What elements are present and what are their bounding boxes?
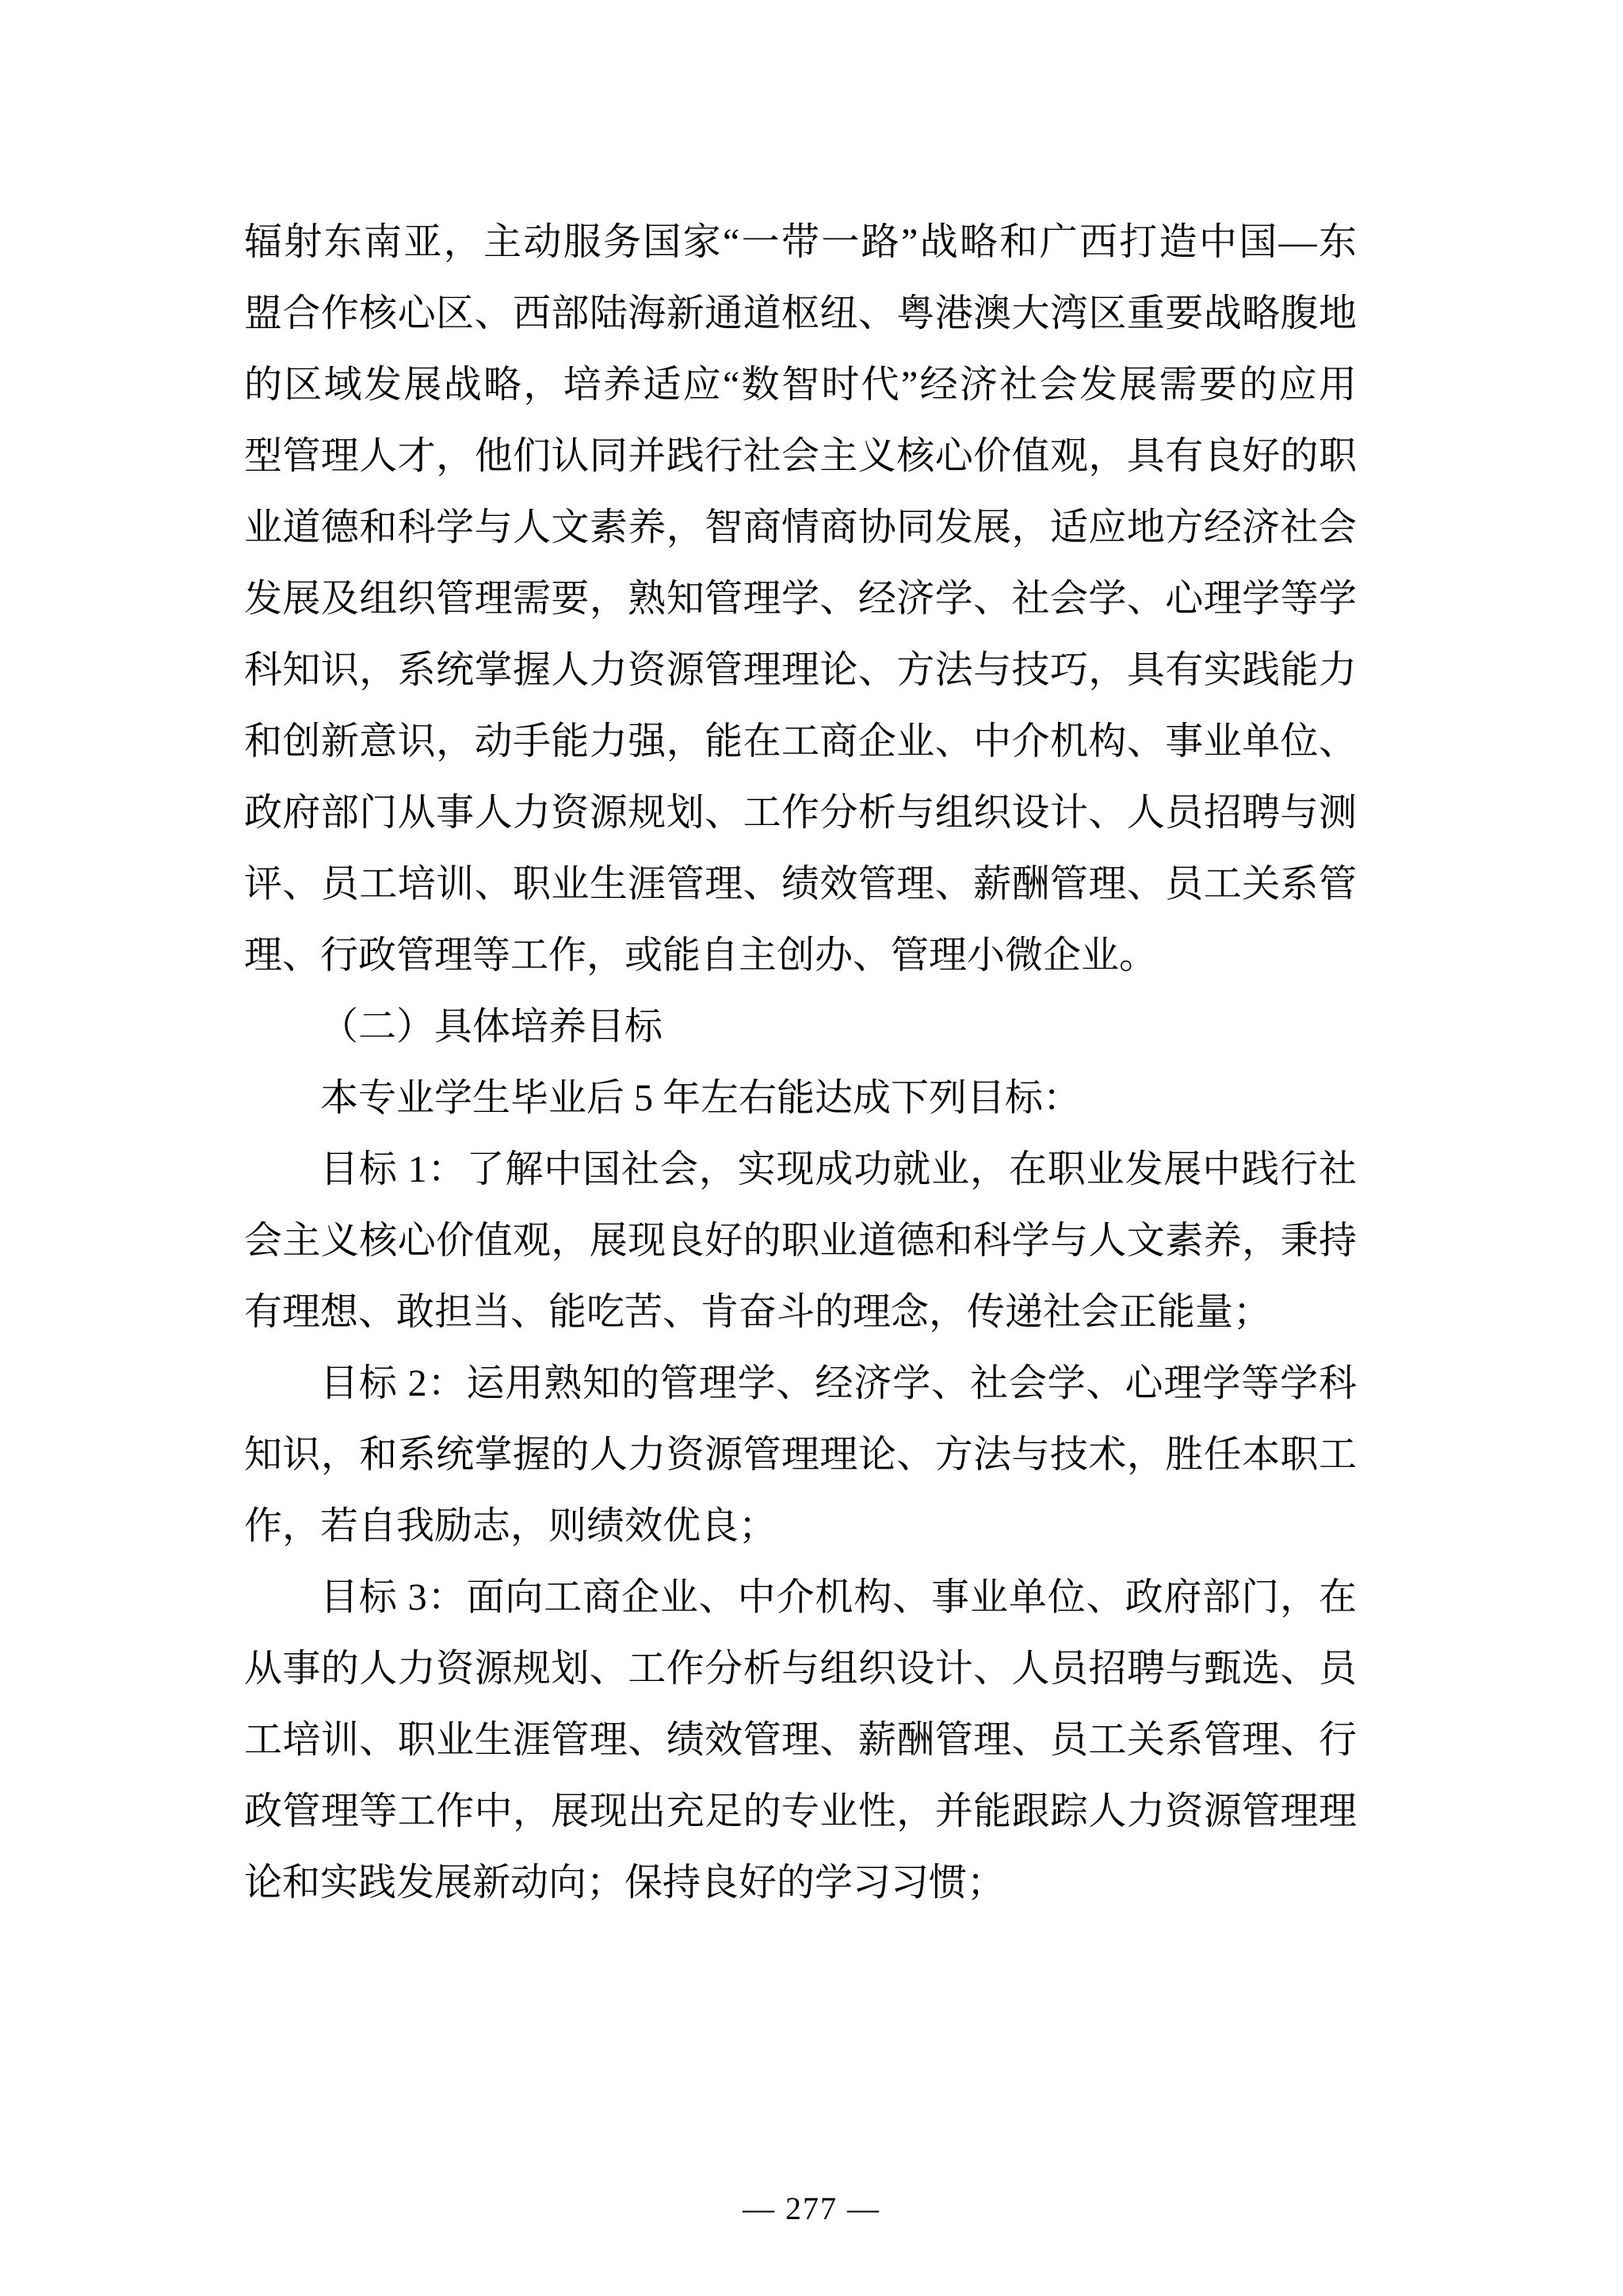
text-line: 政管理等工作中，展现出充足的专业性，并能跟踪人力资源管理理 [244, 1776, 1357, 1847]
text-line: 作，若自我励志，则绩效优良； [244, 1491, 1357, 1562]
text-line: 会主义核心价值观，展现良好的职业道德和科学与人文素养，秉持 [244, 1205, 1357, 1277]
text-line: 发展及组织管理需要，熟知管理学、经济学、社会学、心理学等学 [244, 563, 1357, 635]
text-line: 目标 2：运用熟知的管理学、经济学、社会学、心理学等学科 [244, 1348, 1357, 1419]
text-line: 评、员工培训、职业生涯管理、绩效管理、薪酬管理、员工关系管 [244, 849, 1357, 920]
text-line: 科知识，系统掌握人力资源管理理论、方法与技巧，具有实践能力 [244, 635, 1357, 706]
text-line: 业道德和科学与人文素养，智商情商协同发展，适应地方经济社会 [244, 492, 1357, 563]
document-page: 辐射东南亚，主动服务国家“一带一路”战略和广西打造中国—东盟合作核心区、西部陆海… [0, 0, 1623, 2296]
page-footer: — 277 — [0, 2190, 1623, 2228]
text-line: 理、行政管理等工作，或能自主创办、管理小微企业。 [244, 920, 1357, 991]
text-line: 的区域发展战略，培养适应“数智时代”经济社会发展需要的应用 [244, 350, 1357, 421]
text-line: （二）具体培养目标 [244, 991, 1357, 1063]
text-line: 论和实践发展新动向；保持良好的学习习惯； [244, 1847, 1357, 1919]
page-number: — 277 — [743, 2191, 880, 2226]
text-line: 盟合作核心区、西部陆海新通道枢纽、粤港澳大湾区重要战略腹地 [244, 278, 1357, 350]
text-line: 型管理人才，他们认同并践行社会主义核心价值观，具有良好的职 [244, 421, 1357, 492]
text-line: 政府部门从事人力资源规划、工作分析与组织设计、人员招聘与测 [244, 777, 1357, 849]
text-line: 本专业学生毕业后 5 年左右能达成下列目标： [244, 1063, 1357, 1134]
text-line: 有理想、敢担当、能吃苦、肯奋斗的理念，传递社会正能量； [244, 1277, 1357, 1348]
text-line: 和创新意识，动手能力强，能在工商企业、中介机构、事业单位、 [244, 706, 1357, 777]
text-line: 目标 3：面向工商企业、中介机构、事业单位、政府部门，在 [244, 1562, 1357, 1633]
text-line: 从事的人力资源规划、工作分析与组织设计、人员招聘与甄选、员 [244, 1633, 1357, 1705]
text-line: 目标 1：了解中国社会，实现成功就业，在职业发展中践行社 [244, 1134, 1357, 1205]
text-line: 知识，和系统掌握的人力资源管理理论、方法与技术，胜任本职工 [244, 1419, 1357, 1491]
document-body: 辐射东南亚，主动服务国家“一带一路”战略和广西打造中国—东盟合作核心区、西部陆海… [244, 207, 1357, 1919]
text-line: 辐射东南亚，主动服务国家“一带一路”战略和广西打造中国—东 [244, 207, 1357, 278]
text-line: 工培训、职业生涯管理、绩效管理、薪酬管理、员工关系管理、行 [244, 1705, 1357, 1776]
